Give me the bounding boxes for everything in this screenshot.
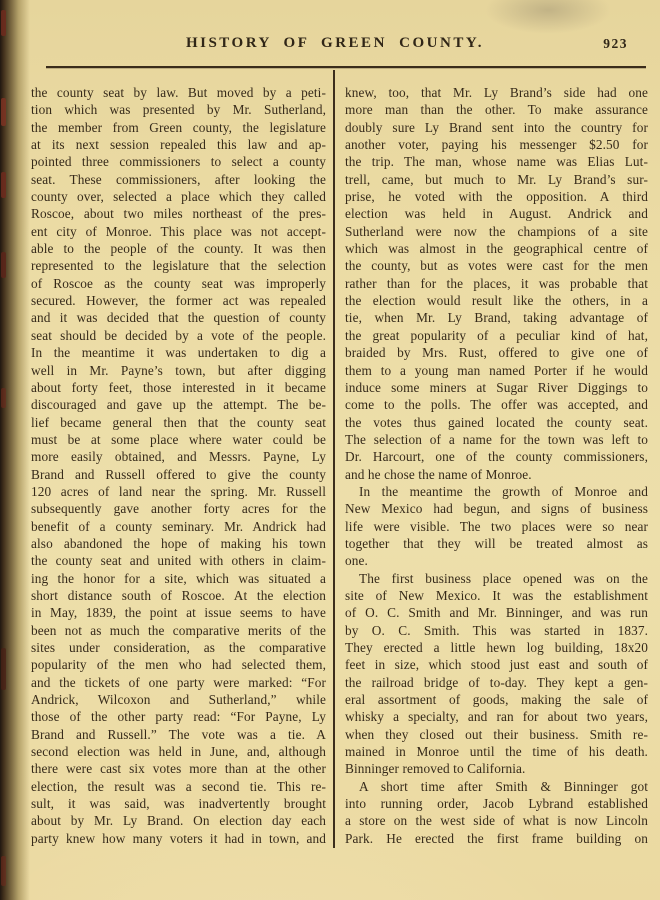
text-line: more easily obtained, and Messrs. Payne,… bbox=[31, 448, 326, 465]
text-line: Roscoe, about two miles northeast of the… bbox=[31, 205, 326, 222]
text-line: those of the other party read: “For Payn… bbox=[31, 708, 326, 725]
text-line: which was almost in the geographical cen… bbox=[345, 240, 648, 257]
text-line: the great popularity of a peculiar kind … bbox=[345, 327, 648, 344]
text-line: must be at some place where water could … bbox=[31, 431, 326, 448]
right-column: knew, too, that Mr. Ly Brand’s side had … bbox=[345, 84, 648, 847]
text-line: trell, came, but much to Mr. Ly Brand’s … bbox=[345, 171, 648, 188]
binding-mark bbox=[1, 98, 6, 126]
text-line: prise, he voted with the opposition. A t… bbox=[345, 188, 648, 205]
text-line: the election would result like the other… bbox=[345, 292, 648, 309]
text-line: and the tickets of one party were marked… bbox=[31, 674, 326, 691]
text-line: seat should be decided by a vote of the … bbox=[31, 327, 326, 344]
text-line: They erected a little hewn log building,… bbox=[345, 639, 648, 656]
text-line: come to the polls. The offer was accepte… bbox=[345, 396, 648, 413]
text-line: benefit of a county seminary. Mr. Andric… bbox=[31, 518, 326, 535]
text-line: more man than the other. To make assuran… bbox=[345, 101, 648, 118]
text-line: able to the people of the county. It was… bbox=[31, 240, 326, 257]
text-line: represented to the legislature that the … bbox=[31, 257, 326, 274]
text-line: election, the result was a second tie. T… bbox=[31, 778, 326, 795]
binding-mark bbox=[1, 648, 6, 690]
text-line: site of New Mexico. It was the establish… bbox=[345, 587, 648, 604]
text-line: Sutherland were now the champions of a s… bbox=[345, 223, 648, 240]
text-line: knew, too, that Mr. Ly Brand’s side had … bbox=[345, 84, 648, 101]
page-number: 923 bbox=[603, 36, 628, 52]
text-line: popularity of the men who had selected t… bbox=[31, 656, 326, 673]
text-line: A short time after Smith & Binninger got bbox=[345, 778, 648, 795]
text-line: ent city of Monroe. This place was not a… bbox=[31, 223, 326, 240]
text-line: The first business place opened was on t… bbox=[345, 570, 648, 587]
text-line: In the meantime it was undertaken to dig… bbox=[31, 344, 326, 361]
text-line: pointed three commissioners to select a … bbox=[31, 153, 326, 170]
text-line: New Mexico had begun, and signs of busin… bbox=[345, 500, 648, 517]
text-line: and he chose the name of Monroe. bbox=[345, 466, 648, 483]
text-line: tie, when Mr. Ly Brand, taking advantage… bbox=[345, 309, 648, 326]
text-line: 120 acres of land near the spring. Mr. R… bbox=[31, 483, 326, 500]
text-line: county over, selected a place which they… bbox=[31, 188, 326, 205]
text-line: Dr. Harcourt, one of the county commissi… bbox=[345, 448, 648, 465]
text-line: the member from Green county, the legisl… bbox=[31, 119, 326, 136]
text-line: In the meantime the growth of Monroe and bbox=[345, 483, 648, 500]
text-line: lief became general then that the county… bbox=[31, 414, 326, 431]
text-line: at its next session repealed this law an… bbox=[31, 136, 326, 153]
text-line: in May, 1839, the point at issue seems t… bbox=[31, 604, 326, 621]
binding-mark bbox=[1, 252, 6, 278]
text-line: eral assortment of goods, making the sal… bbox=[345, 691, 648, 708]
text-line: the votes thus gained located the county… bbox=[345, 414, 648, 431]
text-line: whisky a specialty, and ran for about tw… bbox=[345, 708, 648, 725]
text-line: the county seat and united with others i… bbox=[31, 552, 326, 569]
text-line: one. bbox=[345, 552, 648, 569]
text-line: election was held in August. Andrick and bbox=[345, 205, 648, 222]
text-line: rather than for the places, it was proba… bbox=[345, 275, 648, 292]
text-line: together that they will be treated almos… bbox=[345, 535, 648, 552]
column-divider bbox=[333, 70, 335, 848]
text-line: the county seat by law. But moved by a p… bbox=[31, 84, 326, 101]
header-rule bbox=[46, 66, 646, 68]
text-line: well in Mr. Payne’s town, but after digg… bbox=[31, 362, 326, 379]
text-line: Binninger removed to California. bbox=[345, 760, 648, 777]
text-line: and it was decided that the question of … bbox=[31, 309, 326, 326]
text-line: braided by Mrs. Rust, offered to give on… bbox=[345, 344, 648, 361]
text-line: sult, it was said, was inadvertently bro… bbox=[31, 795, 326, 812]
text-line: also abandoned the hope of making his to… bbox=[31, 535, 326, 552]
text-line: of Roscoe as the county seat was imprope… bbox=[31, 275, 326, 292]
book-binding-edge bbox=[0, 0, 30, 900]
text-line: the trip. The man, whose name was Elias … bbox=[345, 153, 648, 170]
text-line: sites under consideration, as the compar… bbox=[31, 639, 326, 656]
binding-mark bbox=[1, 10, 6, 36]
text-line: about by Mr. Ly Brand. On election day e… bbox=[31, 812, 326, 829]
binding-mark bbox=[1, 388, 6, 408]
text-line: mained in Monroe until the time of his d… bbox=[345, 743, 648, 760]
text-line: tion which was presented by Mr. Sutherla… bbox=[31, 101, 326, 118]
text-line: a store on the west side of what is now … bbox=[345, 812, 648, 829]
text-line: about forty feet, those interested in it… bbox=[31, 379, 326, 396]
text-line: secured. However, the former act was rep… bbox=[31, 292, 326, 309]
text-line: seat. These commissioners, after looking… bbox=[31, 171, 326, 188]
text-line: them to a young man named Porter if he w… bbox=[345, 362, 648, 379]
text-line: doubly sure Ly Brand sent into the count… bbox=[345, 119, 648, 136]
text-line: of O. C. Smith and Mr. Binninger, and wa… bbox=[345, 604, 648, 621]
text-line: life were visible. The two places were s… bbox=[345, 518, 648, 535]
text-line: discouraged and gave up the attempt. The… bbox=[31, 396, 326, 413]
text-line: ing the honor for a site, which was situ… bbox=[31, 570, 326, 587]
text-line: the railroad bridge of to-day. They kept… bbox=[345, 674, 648, 691]
text-line: induce some miners at Sugar River Diggin… bbox=[345, 379, 648, 396]
running-header-title: HISTORY OF GREEN COUNTY. bbox=[55, 35, 615, 52]
text-line: feet in size, which stood just east and … bbox=[345, 656, 648, 673]
text-line: the county, but as votes were cast for t… bbox=[345, 257, 648, 274]
book-page-scan: HISTORY OF GREEN COUNTY. 923 the county … bbox=[0, 0, 660, 900]
text-line: Brand and Russell offered to give the co… bbox=[31, 466, 326, 483]
text-line: Brand and Russell.” The vote was a tie. … bbox=[31, 726, 326, 743]
binding-mark bbox=[1, 856, 6, 886]
text-line: The selection of a name for the town was… bbox=[345, 431, 648, 448]
text-line: been not as much the comparative merits … bbox=[31, 622, 326, 639]
text-line: Park. He erected the first frame buildin… bbox=[345, 830, 648, 847]
text-line: Andrick, Wilcoxon and Sutherland,” while bbox=[31, 691, 326, 708]
binding-mark bbox=[1, 172, 6, 198]
text-line: by O. C. Smith. This was started in 1837… bbox=[345, 622, 648, 639]
text-line: into running order, Jacob Lybrand establ… bbox=[345, 795, 648, 812]
left-column: the county seat by law. But moved by a p… bbox=[31, 84, 326, 847]
text-line: another voter, paying his messenger $2.5… bbox=[345, 136, 648, 153]
text-line: party knew how many voters it had in tow… bbox=[31, 830, 326, 847]
text-line: there were cast six votes more than at t… bbox=[31, 760, 326, 777]
text-line: when they closed out their business. Smi… bbox=[345, 726, 648, 743]
text-line: short distance south of Roscoe. At the e… bbox=[31, 587, 326, 604]
text-line: second election was held in June, and, a… bbox=[31, 743, 326, 760]
text-line: subsequently gave another forty acres fo… bbox=[31, 500, 326, 517]
